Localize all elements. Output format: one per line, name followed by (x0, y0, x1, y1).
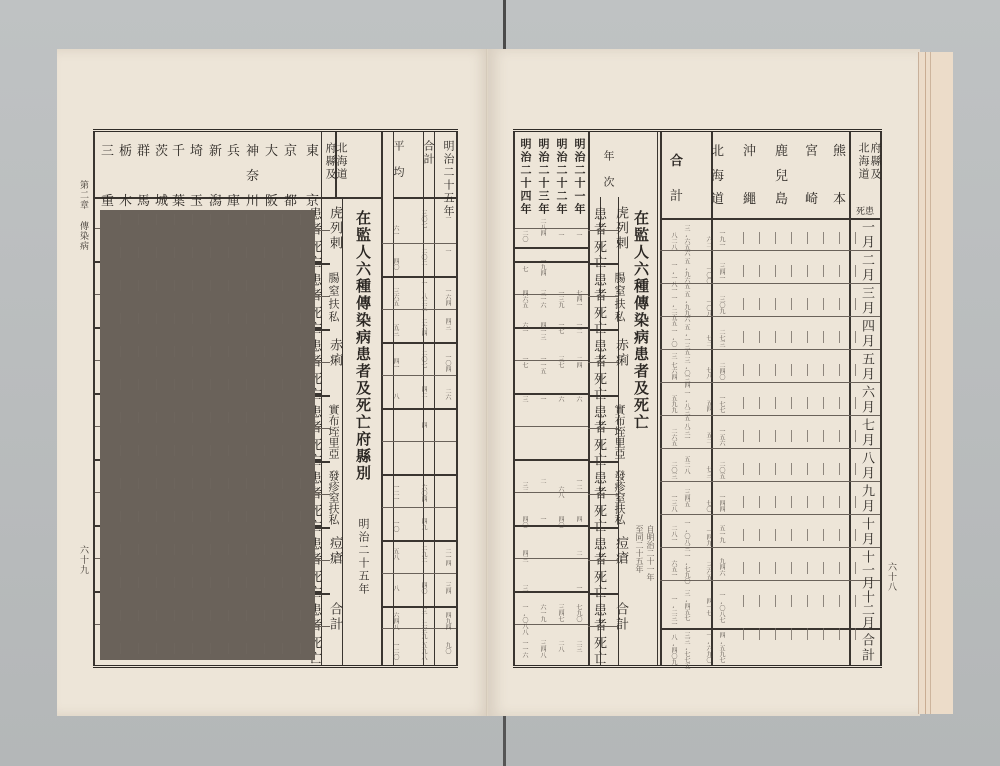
page-number-right: 六十八 (885, 562, 898, 592)
left-data-dashes (103, 214, 315, 654)
page-stack-edge (918, 52, 953, 714)
right-period-note-a: 自明治二十一年 (646, 525, 654, 581)
right-table-title: 在監人六種傳染病患者及死亡 (633, 210, 648, 431)
right-patient-death-subheader: 死患 (856, 204, 874, 217)
right-period-note-b: 至同二十五年 (635, 525, 643, 573)
binding-seam-top (503, 0, 506, 50)
left-prefecture-label-b: 北海道 (336, 142, 347, 202)
right-year-column-header: 年 次 (603, 150, 614, 210)
left-total-header: 合計 (423, 140, 434, 200)
left-table-title: 在監人六種傳染病患者及死亡府縣別 (355, 210, 370, 482)
left-average-header: 平 均 (393, 140, 404, 200)
chapter-header: 第二章 傳染病 (77, 180, 90, 251)
binding-seam-bottom (503, 715, 506, 766)
page-number-left: 六十九 (77, 545, 90, 575)
right-data-dashes (728, 232, 858, 652)
left-year-header: 明治二十五年 (443, 140, 454, 218)
left-table-year: 明治二十五年 (358, 518, 369, 596)
right-prefecture-label-b: 北海道 (858, 142, 869, 192)
right-prefecture-label-a: 府縣及 (870, 142, 881, 192)
